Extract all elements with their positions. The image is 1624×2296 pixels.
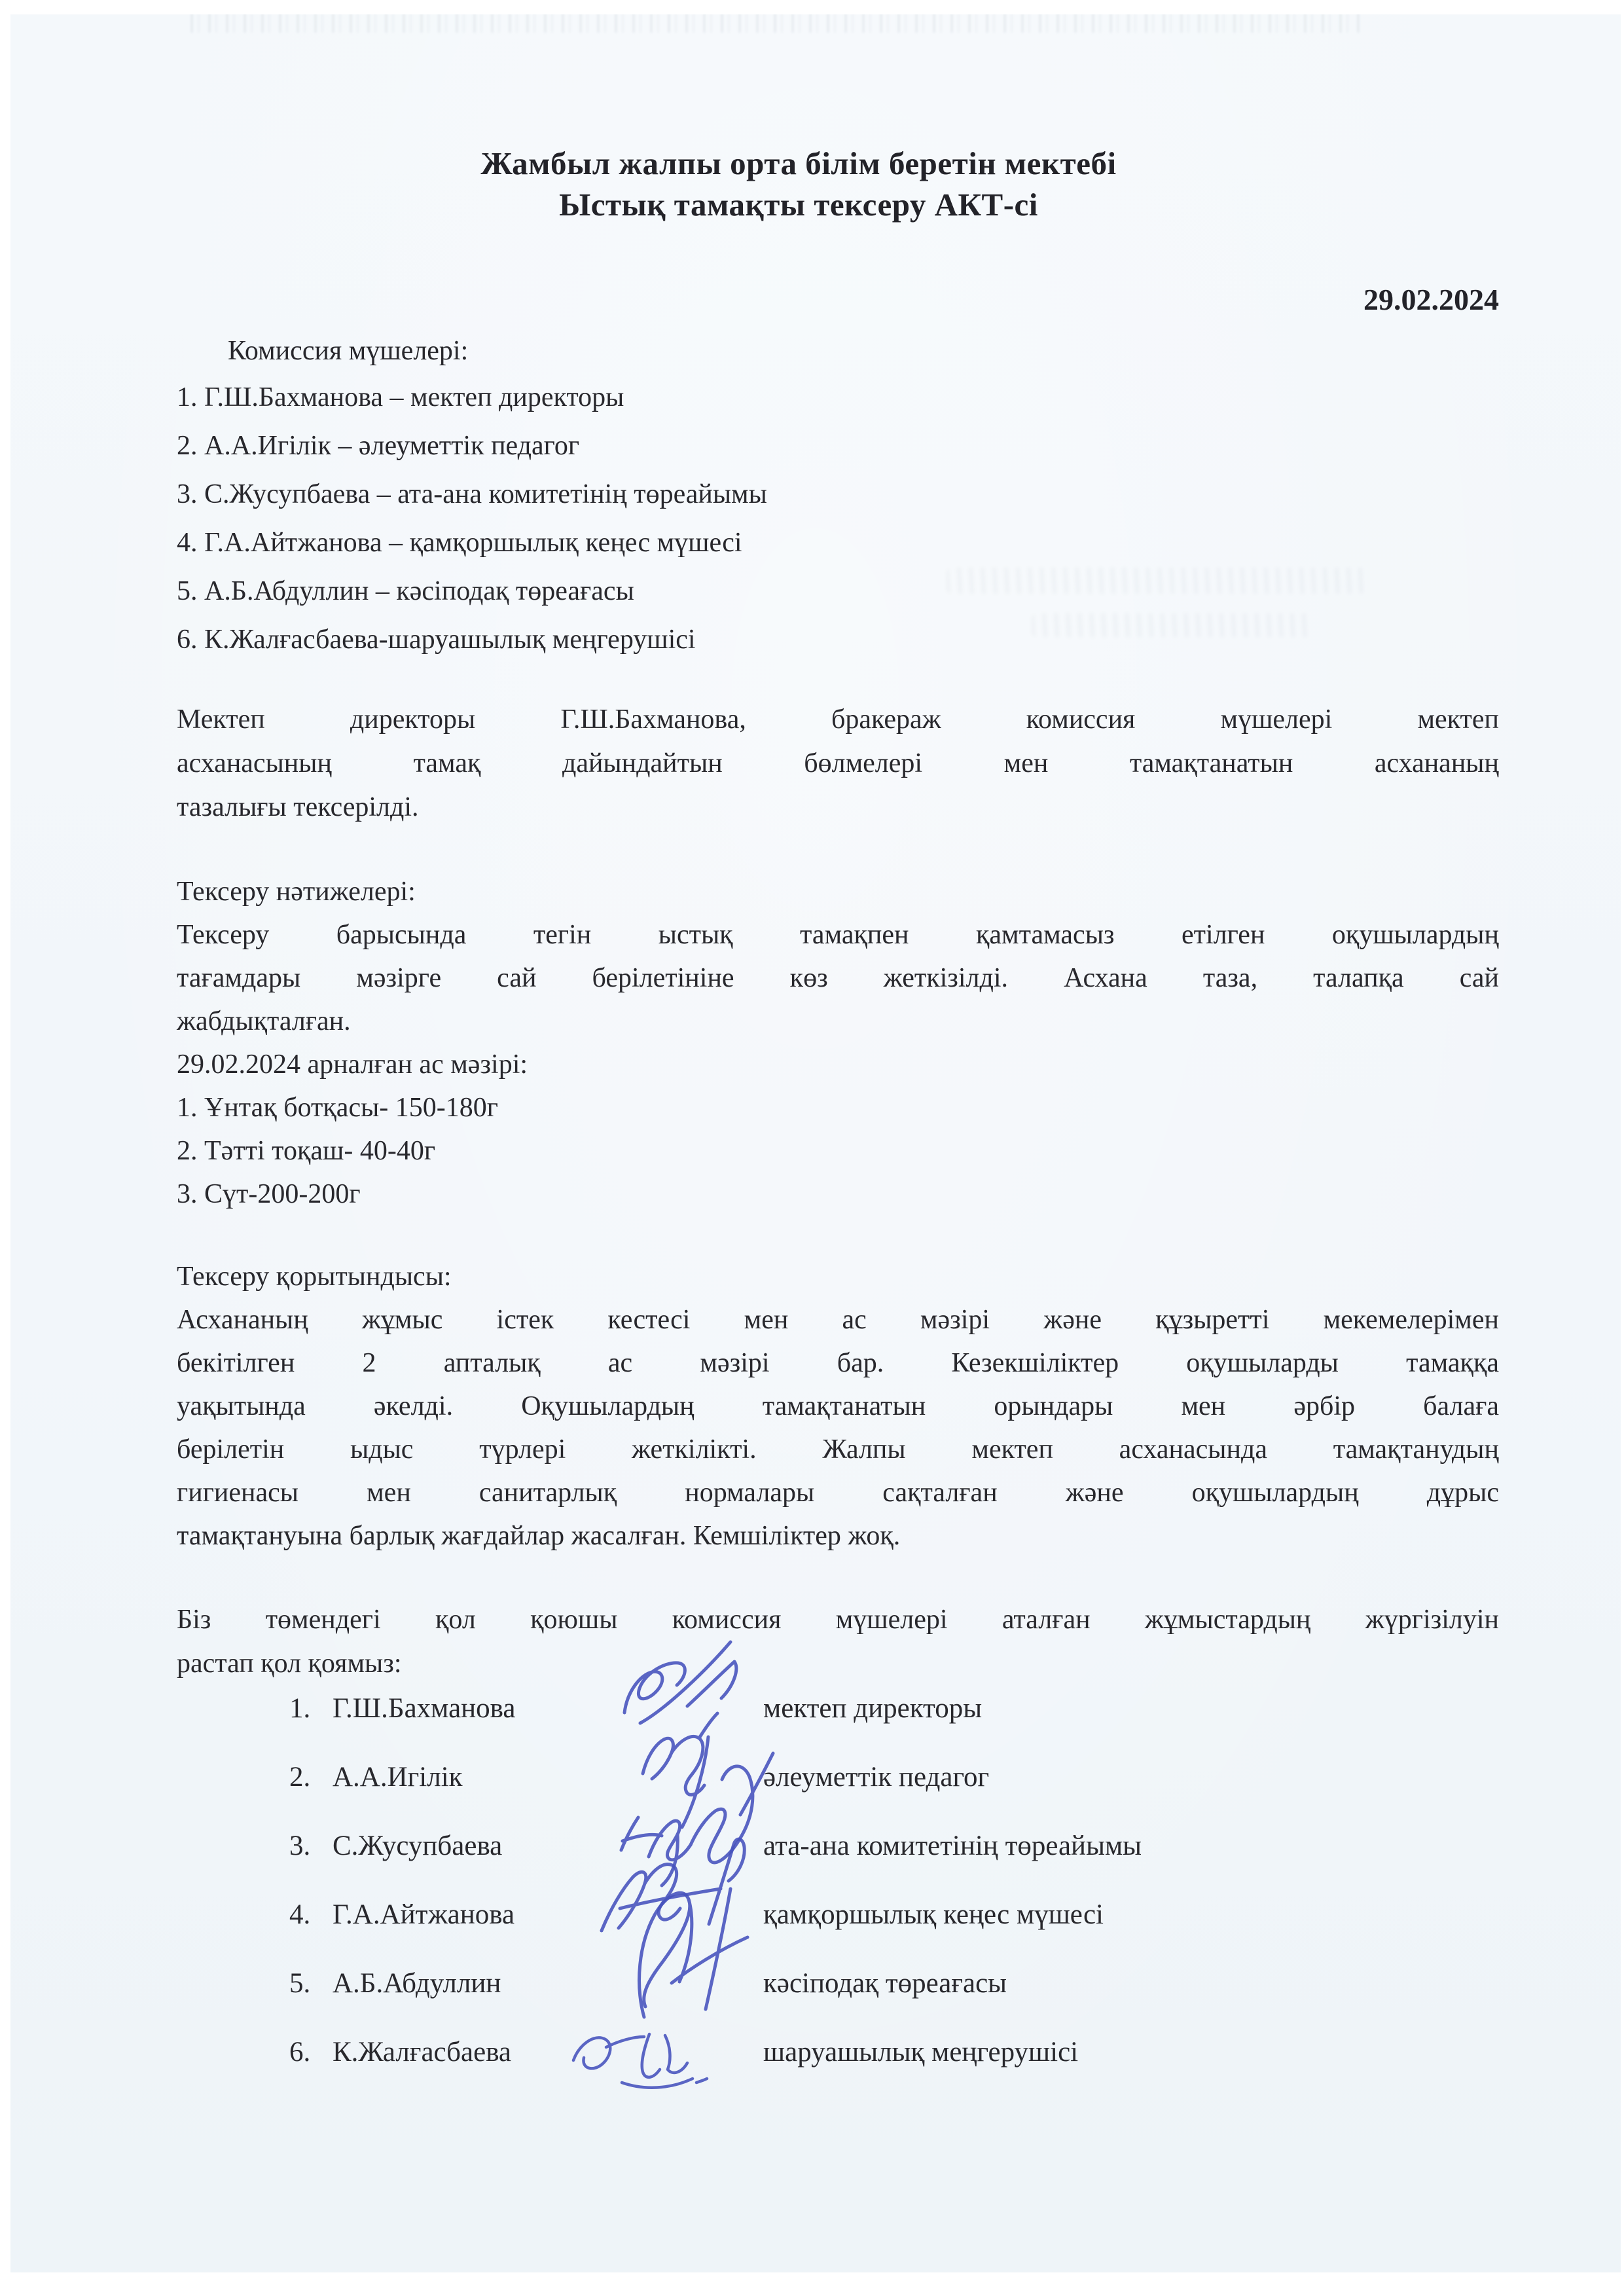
intro-line: тазалығы тексерілді. (177, 786, 1499, 829)
signatory-role: шаруашылық меңгерушісі (763, 2035, 1078, 2070)
signatory-role: әлеуметтік педагог (763, 1760, 989, 1795)
commission-member-1: 1. Г.Ш.Бахманова – мектеп директоры (177, 373, 1499, 422)
results-section: Тексеру нәтижелері: Тексеру барысында те… (177, 870, 1499, 1216)
document-title: Жамбыл жалпы орта білім беретін мектебі … (98, 143, 1499, 225)
results-line: тағамдары мәзірге сай берілетініне көз ж… (177, 957, 1499, 1000)
document-title-line-2: Ыстық тамақты тексеру АКТ-сі (98, 184, 1499, 225)
intro-paragraph: Мектеп директоры Г.Ш.Бахманова, бракераж… (177, 698, 1499, 829)
signatory-name: Г.А.Айтжанова (333, 1899, 514, 1930)
commission-member-5: 5. А.Б.Абдуллин – кәсіподақ төреағасы (177, 567, 1499, 615)
conclusion-line: Асхананың жұмыс істек кестесі мен ас мәз… (177, 1298, 1499, 1341)
commission-member-4: 4. Г.А.Айтжанова – қамқоршылық кеңес мүш… (177, 519, 1499, 567)
commission-member-6: 6. К.Жалғасбаева-шаруашылық меңгерушісі (177, 615, 1499, 664)
signatory-name: Г.Ш.Бахманова (333, 1693, 516, 1724)
signature-row-5: 5.А.Б.Абдуллин кәсіподақ төреағасы (177, 1966, 1499, 2035)
results-line: жабдықталған. (177, 1000, 1499, 1043)
signatory-role: мектеп директоры (763, 1691, 982, 1726)
document-date: 29.02.2024 (177, 283, 1499, 317)
signatory-number: 5. (289, 1966, 333, 2001)
intro-line: Мектеп директоры Г.Ш.Бахманова, бракераж… (177, 698, 1499, 742)
conclusion-section: Тексеру қорытындысы: Асхананың жұмыс іст… (177, 1255, 1499, 1558)
document-title-line-1: Жамбыл жалпы орта білім беретін мектебі (98, 143, 1499, 184)
signatory-name: К.Жалғасбаева (333, 2037, 511, 2068)
conclusion-heading: Тексеру қорытындысы: (177, 1255, 1499, 1298)
signatory-role: қамқоршылық кеңес мүшесі (763, 1897, 1104, 1933)
results-heading: Тексеру нәтижелері: (177, 870, 1499, 913)
commission-member-3: 3. С.Жусупбаева – ата-ана комитетінің тө… (177, 470, 1499, 519)
signatory-role: кәсіподақ төреағасы (763, 1966, 1007, 2001)
signatory-name: А.А.Игілік (333, 1762, 463, 1793)
signature-row-6: 6.К.Жалғасбаева шаруашылық меңгерушісі (177, 2035, 1499, 2104)
signatory-role: ата-ана комитетінің төреайымы (763, 1829, 1142, 1864)
menu-item-2: 2. Тәтті тоқаш- 40-40г (177, 1129, 1499, 1173)
signature-row-3: 3.С.Жусупбаева ата-ана комитетінің төреа… (177, 1829, 1499, 1897)
signatory-name: С.Жусупбаева (333, 1831, 502, 1861)
document-body: Жамбыл жалпы орта білім беретін мектебі … (177, 14, 1499, 2104)
conclusion-line: гигиенасы мен санитарлық нормалары сақта… (177, 1471, 1499, 1514)
conclusion-line: бекітілген 2 апталық ас мәзірі бар. Кезе… (177, 1341, 1499, 1385)
attestation-line: растап қол қоямыз: (177, 1642, 1499, 1686)
menu-item-3: 3. Сүт-200-200г (177, 1173, 1499, 1216)
scanned-page: Жамбыл жалпы орта білім беретін мектебі … (10, 14, 1621, 2272)
results-line: Тексеру барысында тегін ыстық тамақпен қ… (177, 913, 1499, 957)
intro-line: асханасының тамақ дайындайтын бөлмелері … (177, 742, 1499, 786)
conclusion-line: берілетін ыдыс түрлері жеткілікті. Жалпы… (177, 1428, 1499, 1471)
signatory-number: 2. (289, 1760, 333, 1795)
signatory-name: А.Б.Абдуллин (333, 1968, 501, 1999)
menu-item-1: 1. Ұнтақ ботқасы- 150-180г (177, 1086, 1499, 1129)
commission-heading: Комиссия мүшелері: (177, 333, 1499, 369)
menu-heading: 29.02.2024 арналған ас мәзірі: (177, 1043, 1499, 1086)
attestation-line: Біз төмендегі қол қоюшы комиссия мүшелер… (177, 1598, 1499, 1642)
signatory-number: 1. (289, 1691, 333, 1726)
signatory-number: 6. (289, 2035, 333, 2070)
signature-row-4: 4.Г.А.Айтжанова қамқоршылық кеңес мүшесі (177, 1897, 1499, 1966)
attestation-paragraph: Біз төмендегі қол қоюшы комиссия мүшелер… (177, 1598, 1499, 1686)
signatory-number: 4. (289, 1897, 333, 1933)
commission-member-2: 2. А.А.Игілік – әлеуметтік педагог (177, 422, 1499, 470)
signature-block: 1.Г.Ш.Бахманова мектеп директоры 2.А.А.И… (177, 1691, 1499, 2104)
signature-row-2: 2.А.А.Игілік әлеуметтік педагог (177, 1760, 1499, 1829)
commission-members-list: 1. Г.Ш.Бахманова – мектеп директоры 2. А… (177, 373, 1499, 664)
conclusion-line: уақытында әкелді. Оқушылардың тамақтанат… (177, 1385, 1499, 1428)
signatory-number: 3. (289, 1829, 333, 1864)
conclusion-line: тамақтануына барлық жағдайлар жасалған. … (177, 1514, 1499, 1558)
signature-row-1: 1.Г.Ш.Бахманова мектеп директоры (177, 1691, 1499, 1760)
